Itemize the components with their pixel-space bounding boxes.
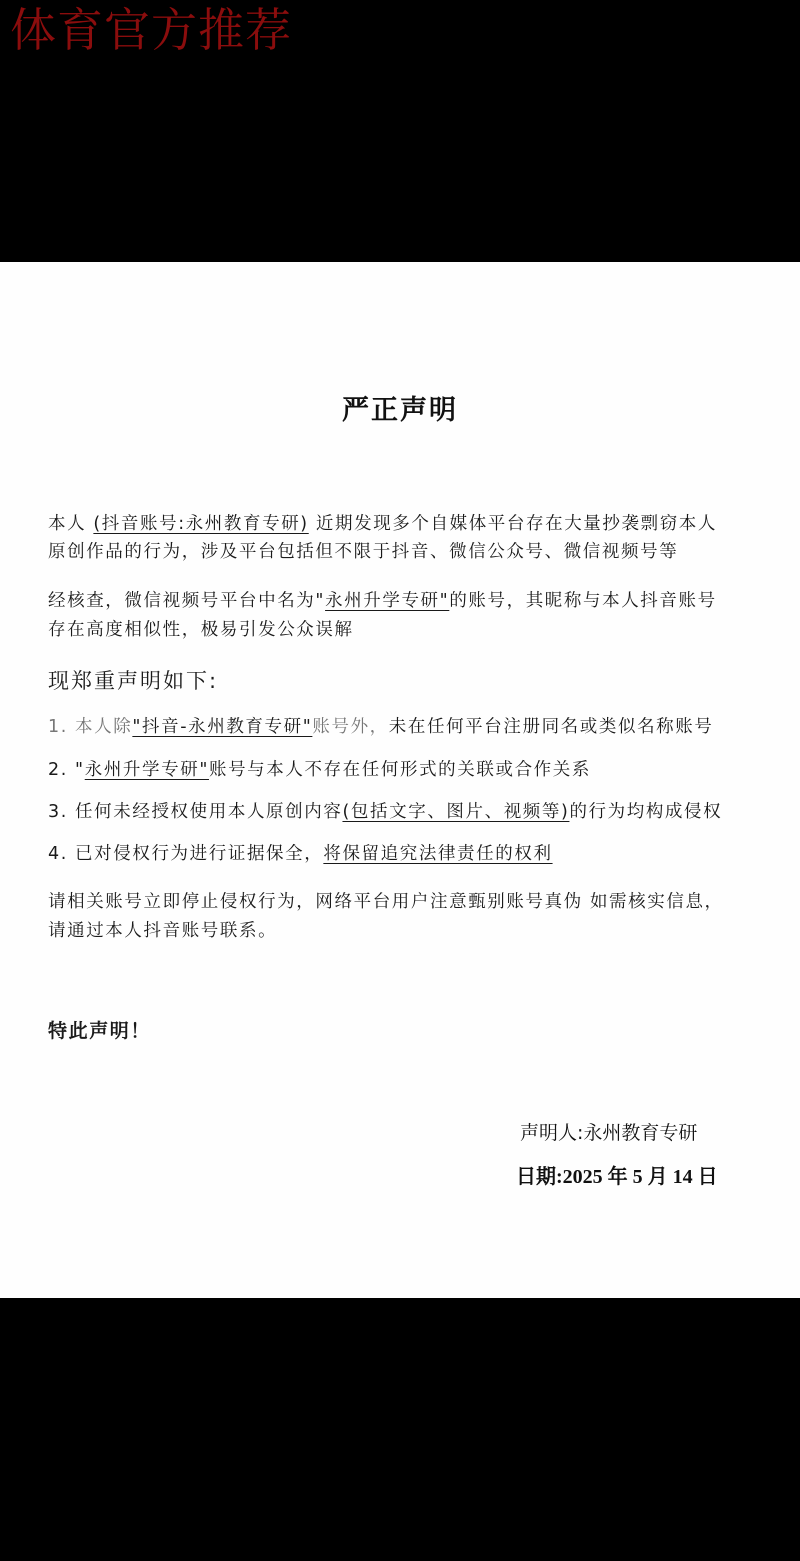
item-highlight: 永州升学专研" [85, 760, 209, 780]
date: 日期:2025 年 5 月 14 日 [516, 1160, 718, 1189]
para3-line2: 请通过本人抖音账号联系。 [48, 918, 277, 944]
item-prefix: 2. " [48, 760, 85, 780]
item-mid: 账号外， [312, 717, 388, 737]
statement-item-3: 3. 任何未经授权使用本人原创内容(包括文字、图片、视频等)的行为均构成侵权 [48, 799, 722, 825]
para2-suffix: 的账号，其昵称与本人抖音账号 [449, 591, 716, 611]
document-title: 严正声明 [0, 388, 800, 427]
item-prefix: 3. 任何未经授权使用本人原创内容 [48, 802, 342, 822]
document-page: 严正声明 本人 (抖音账号:永州教育专研) 近期发现多个自媒体平台存在大量抄袭剽… [0, 262, 800, 1298]
para3-line1: 请相关账号立即停止侵权行为，网络平台用户注意甄别账号真伪 如需核实信息， [48, 889, 724, 915]
item-suffix: 未在任何平台注册同名或类似名称账号 [389, 717, 714, 737]
statement-heading: 现郑重声明如下: [48, 668, 218, 694]
item-highlight: 将保留追究法律责任的权利 [323, 844, 552, 864]
watermark-text: 体育官方推荐 [10, 2, 292, 58]
item-highlight: (包括文字、图片、视频等) [342, 802, 569, 822]
signatory: 声明人:永州教育专研 [520, 1118, 697, 1145]
para2-line2: 存在高度相似性，极易引发公众误解 [48, 617, 354, 643]
account-reference: (抖音账号:永州教育专研) [93, 514, 308, 534]
para1-line2: 原创作品的行为，涉及平台包括但不限于抖音、微信公众号、微信视频号等 [48, 539, 678, 565]
imposter-account-name: 永州升学专研" [325, 591, 449, 611]
item-suffix: 账号与本人不存在任何形式的关联或合作关系 [209, 760, 591, 780]
closing-text: 特此声明！ [48, 1018, 151, 1044]
item-prefix: 1. 本人除 [48, 717, 132, 737]
para2-line1: 经核查，微信视频号平台中名为"永州升学专研"的账号，其昵称与本人抖音账号 [48, 588, 717, 614]
item-highlight: "抖音-永州教育专研" [132, 717, 312, 737]
para1-prefix: 本人 [48, 514, 86, 534]
statement-item-2: 2. "永州升学专研"账号与本人不存在任何形式的关联或合作关系 [48, 757, 591, 783]
item-prefix: 4. 已对侵权行为进行证据保全， [48, 844, 323, 864]
statement-item-1: 1. 本人除"抖音-永州教育专研"账号外，未在任何平台注册同名或类似名称账号 [48, 714, 713, 740]
item-suffix: 的行为均构成侵权 [569, 802, 722, 822]
para2-prefix: 经核查，微信视频号平台中名为" [48, 591, 325, 611]
para1-suffix: 近期发现多个自媒体平台存在大量抄袭剽窃本人 [316, 514, 717, 534]
statement-item-4: 4. 已对侵权行为进行证据保全，将保留追究法律责任的权利 [48, 841, 553, 867]
para1-line1: 本人 (抖音账号:永州教育专研) 近期发现多个自媒体平台存在大量抄袭剽窃本人 [48, 511, 717, 537]
